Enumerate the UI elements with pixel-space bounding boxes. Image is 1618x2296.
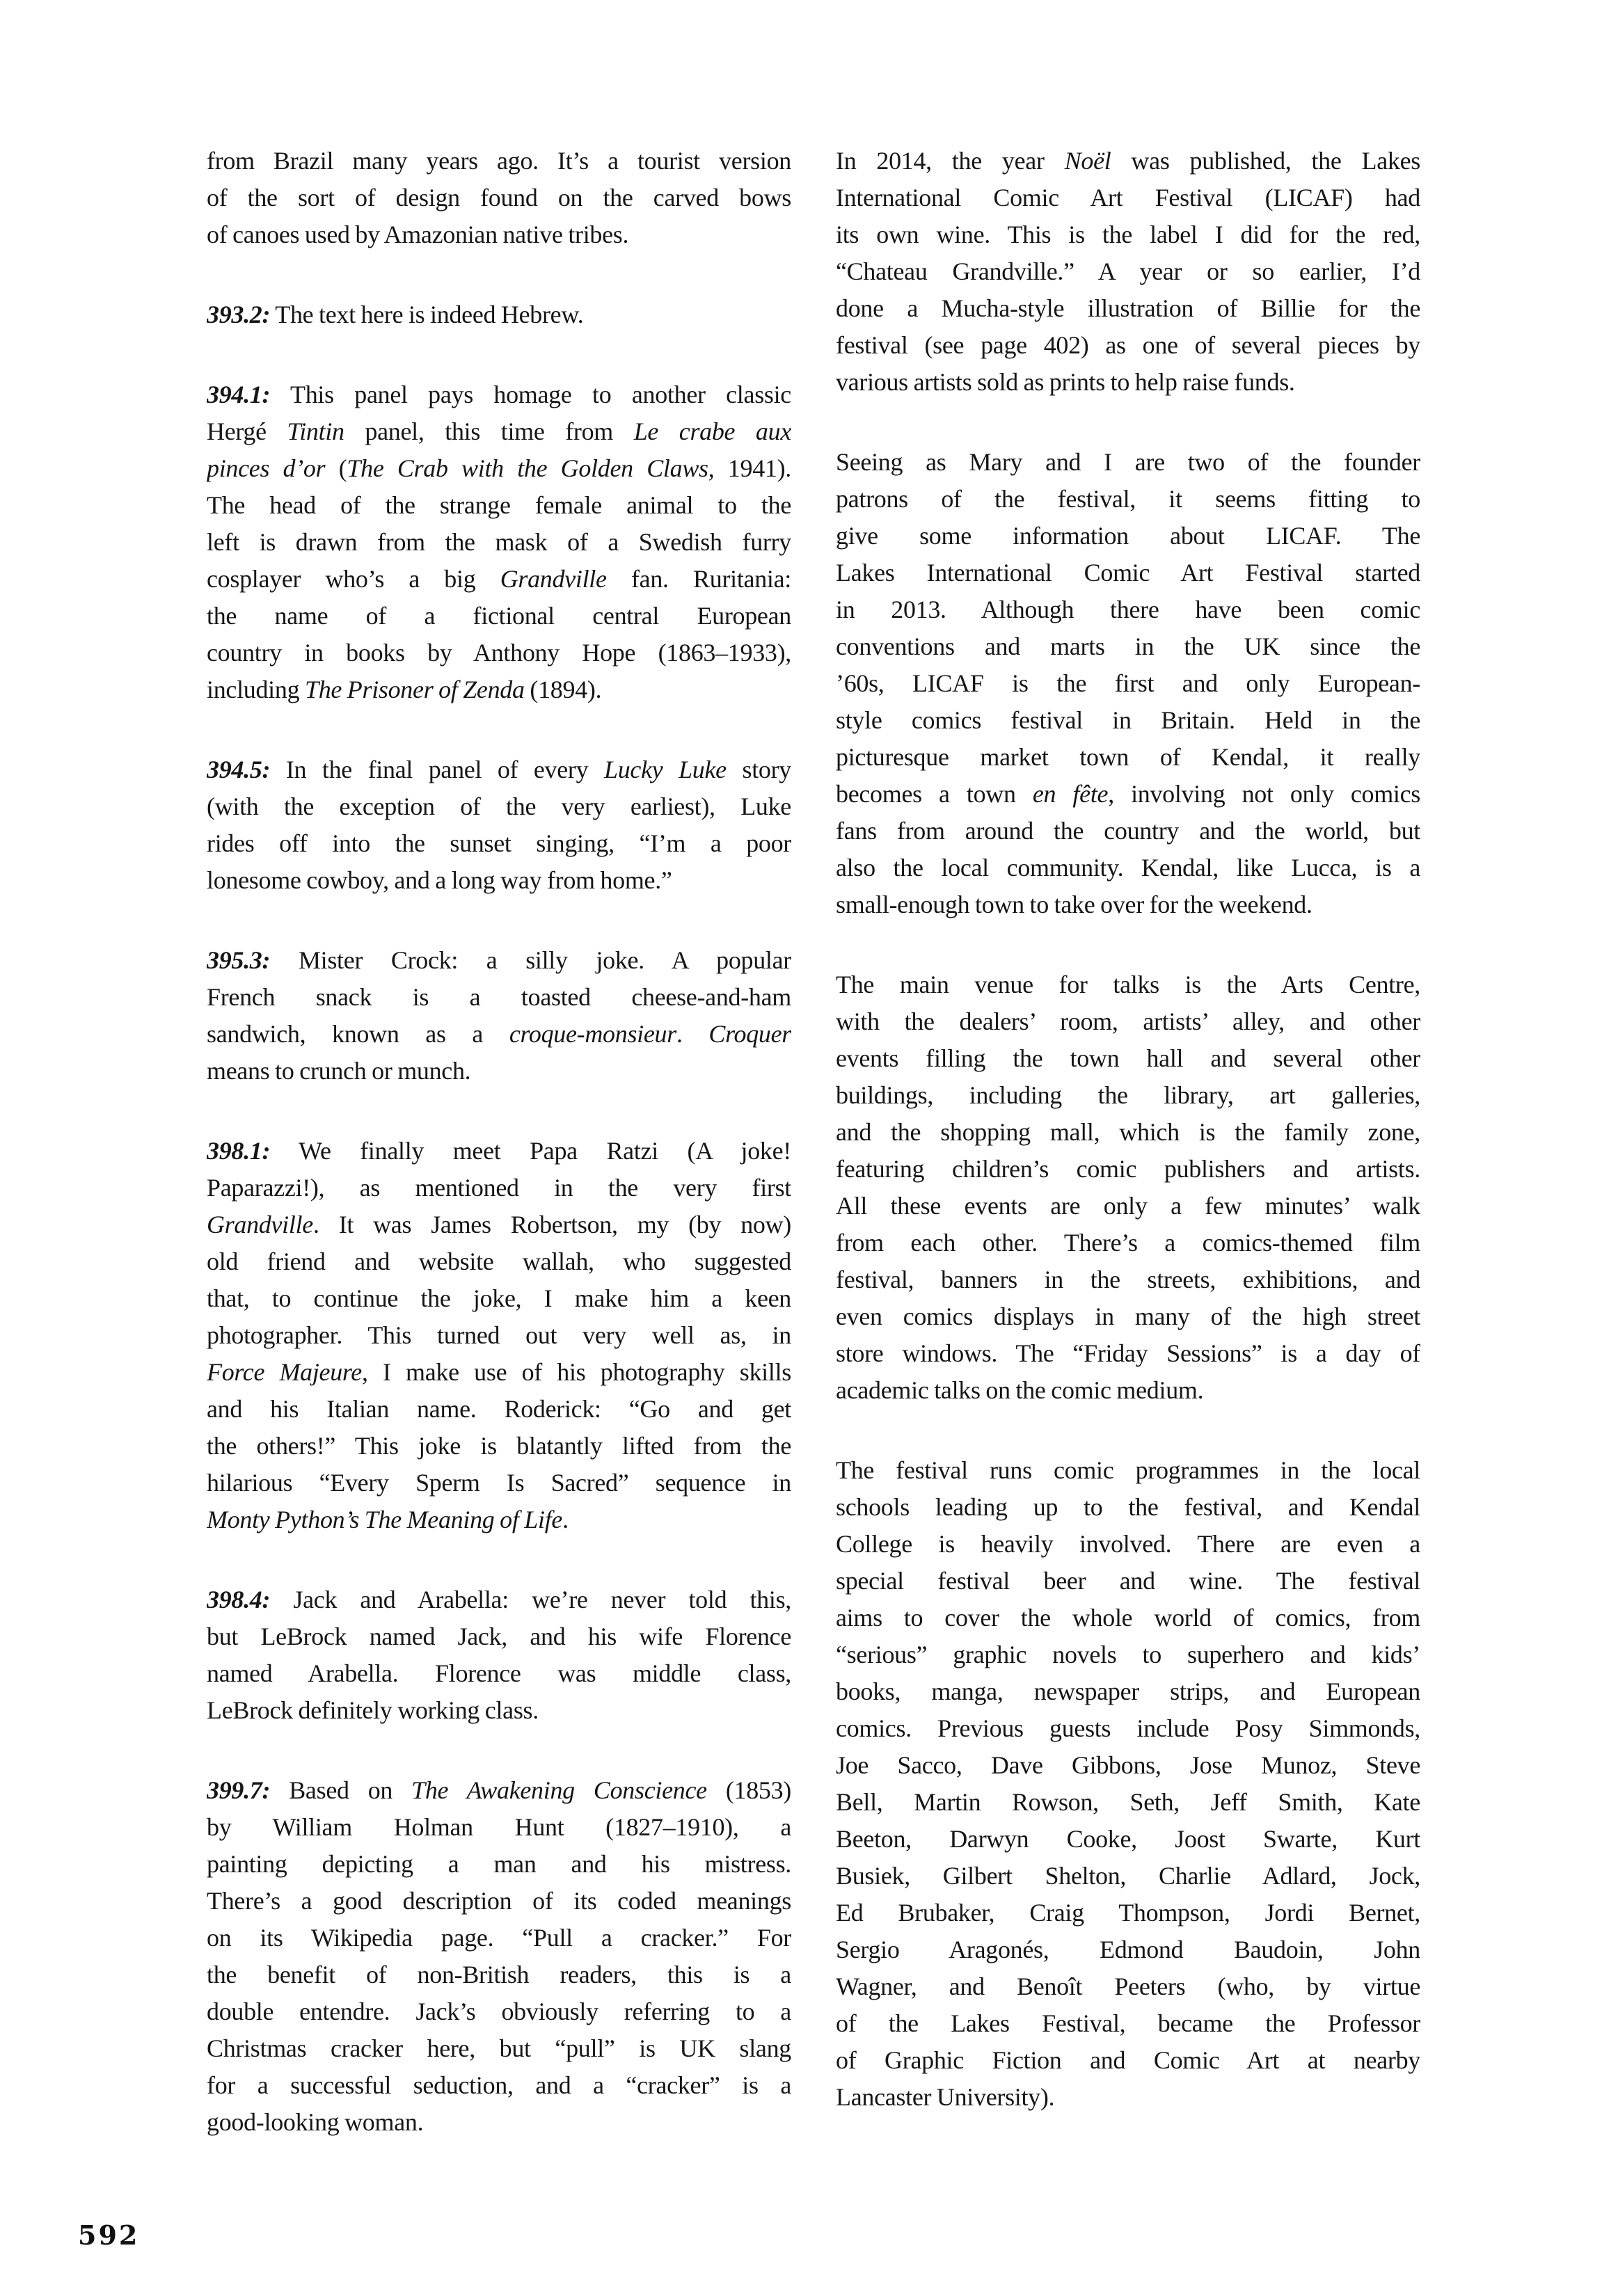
text-segment: Le crabe aux: [634, 417, 791, 445]
text-line: good-looking woman.: [207, 2104, 791, 2141]
text-line: (with the exception of the very earliest…: [207, 788, 791, 825]
text-segment: small-enough town to take over for the w…: [836, 891, 1312, 918]
text-segment: give some information about LICAF. The: [836, 522, 1420, 550]
text-line: featuring children’s comic publishers an…: [836, 1151, 1420, 1188]
text-segment: of Graphic Fiction and Comic Art at near…: [836, 2046, 1420, 2074]
text-line: lonesome cowboy, and a long way from hom…: [207, 862, 791, 899]
text-line: of the Lakes Festival, became the Profes…: [836, 2005, 1420, 2042]
text-line: 395.3: Mister Crock: a silly joke. A pop…: [207, 942, 791, 979]
text-segment: story: [727, 756, 791, 783]
text-segment: the others!” This joke is blatantly lift…: [207, 1432, 791, 1460]
text-segment: French snack is a toasted cheese-and-ham: [207, 983, 791, 1011]
text-segment: “serious” graphic novels to superhero an…: [836, 1641, 1420, 1668]
text-segment: Bell, Martin Rowson, Seth, Jeff Smith, K…: [836, 1788, 1420, 1816]
text-segment: In 2014, the year: [836, 147, 1065, 175]
text-segment: festival (see page 402) as one of severa…: [836, 331, 1420, 359]
text-segment: done a Mucha-style illustration of Billi…: [836, 294, 1420, 322]
text-line: festival (see page 402) as one of severa…: [836, 327, 1420, 364]
text-segment: The Crab with the Golden Claws: [347, 454, 708, 482]
text-segment: sandwich, known as a: [207, 1020, 509, 1048]
text-line: buildings, including the library, art ga…: [836, 1077, 1420, 1114]
text-segment: from Brazil many years ago. It’s a touri…: [207, 147, 791, 175]
text-segment: in 2013. Although there have been comic: [836, 596, 1420, 623]
paragraph: The festival runs comic programmes in th…: [836, 1452, 1420, 2116]
text-segment: on its Wikipedia page. “Pull a cracker.”…: [207, 1924, 791, 1952]
text-line: the name of a fictional central European: [207, 598, 791, 635]
text-segment: conventions and marts in the UK since th…: [836, 632, 1420, 660]
text-line: schools leading up to the festival, and …: [836, 1489, 1420, 1526]
text-line: special festival beer and wine. The fest…: [836, 1563, 1420, 1600]
paragraph: 398.4: Jack and Arabella: we’re never to…: [207, 1581, 791, 1729]
text-segment: (1853): [707, 1776, 791, 1804]
text-line: International Comic Art Festival (LICAF)…: [836, 180, 1420, 216]
text-line: The festival runs comic programmes in th…: [836, 1452, 1420, 1489]
text-segment: that, to continue the joke, I make him a…: [207, 1284, 791, 1312]
text-segment: also the local community. Kendal, like L…: [836, 854, 1420, 882]
text-line: Monty Python’s The Meaning of Life.: [207, 1501, 791, 1538]
entry-number: 399.7:: [207, 1776, 270, 1804]
text-line: done a Mucha-style illustration of Billi…: [836, 290, 1420, 327]
text-line: old friend and website wallah, who sugge…: [207, 1243, 791, 1280]
text-segment: All these events are only a few minutes’…: [836, 1192, 1420, 1220]
text-segment: by William Holman Hunt (1827–1910), a: [207, 1813, 791, 1841]
text-line: country in books by Anthony Hope (1863–1…: [207, 635, 791, 671]
text-segment: but LeBrock named Jack, and his wife Flo…: [207, 1623, 791, 1650]
text-line: photographer. This turned out very well …: [207, 1317, 791, 1354]
text-segment: .: [676, 1020, 708, 1048]
text-line: give some information about LICAF. The: [836, 518, 1420, 555]
text-line: also the local community. Kendal, like L…: [836, 850, 1420, 886]
text-line: becomes a town en fête, involving not on…: [836, 776, 1420, 813]
text-segment: double entendre. Jack’s obviously referr…: [207, 1998, 791, 2025]
paragraph: 395.3: Mister Crock: a silly joke. A pop…: [207, 942, 791, 1090]
text-segment: panel, this time from: [344, 417, 634, 445]
text-segment: was published, the Lakes: [1111, 147, 1420, 175]
text-line: Wagner, and Benoît Peeters (who, by virt…: [836, 1968, 1420, 2005]
text-line: 394.5: In the final panel of every Lucky…: [207, 751, 791, 788]
text-line: 398.4: Jack and Arabella: we’re never to…: [207, 1581, 791, 1618]
text-segment: comics. Previous guests include Posy Sim…: [836, 1714, 1420, 1742]
text-segment: en fête: [1033, 780, 1108, 808]
text-line: that, to continue the joke, I make him a…: [207, 1280, 791, 1317]
text-segment: rides off into the sunset singing, “I’m …: [207, 829, 791, 857]
text-line: but LeBrock named Jack, and his wife Flo…: [207, 1618, 791, 1655]
text-line: the others!” This joke is blatantly lift…: [207, 1428, 791, 1465]
text-line: 398.1: We finally meet Papa Ratzi (A jok…: [207, 1133, 791, 1170]
text-line: of Graphic Fiction and Comic Art at near…: [836, 2042, 1420, 2079]
text-segment: croque-monsieur: [509, 1020, 676, 1048]
text-segment: the name of a fictional central European: [207, 602, 791, 630]
text-segment: We finally meet Papa Ratzi (A joke!: [270, 1137, 791, 1165]
text-segment: Based on: [270, 1776, 411, 1804]
page-number: 592: [78, 2219, 139, 2251]
text-line: Joe Sacco, Dave Gibbons, Jose Munoz, Ste…: [836, 1747, 1420, 1784]
text-segment: style comics festival in Britain. Held i…: [836, 706, 1420, 734]
entry-number: 398.1:: [207, 1137, 270, 1165]
text-segment: left is drawn from the mask of a Swedish…: [207, 528, 791, 556]
text-line: hilarious “Every Sperm Is Sacred” sequen…: [207, 1465, 791, 1501]
text-segment: There’s a good description of its coded …: [207, 1887, 791, 1915]
text-segment: Lakes International Comic Art Festival s…: [836, 559, 1420, 587]
text-segment: International Comic Art Festival (LICAF)…: [836, 184, 1420, 212]
text-line: by William Holman Hunt (1827–1910), a: [207, 1809, 791, 1846]
entry-number: 398.4:: [207, 1586, 270, 1613]
text-line: with the dealers’ room, artists’ alley, …: [836, 1003, 1420, 1040]
text-segment: the benefit of non-British readers, this…: [207, 1961, 791, 1988]
text-line: The main venue for talks is the Arts Cen…: [836, 966, 1420, 1003]
text-segment: photographer. This turned out very well …: [207, 1321, 791, 1349]
paragraph: 394.1: This panel pays homage to another…: [207, 376, 791, 708]
text-segment: Jack and Arabella: we’re never told this…: [270, 1586, 791, 1613]
text-segment: Mister Crock: a silly joke. A popular: [270, 946, 791, 974]
text-line: Christmas cracker here, but “pull” is UK…: [207, 2030, 791, 2067]
text-line: Seeing as Mary and I are two of the foun…: [836, 444, 1420, 481]
text-segment: fans from around the country and the wor…: [836, 817, 1420, 845]
text-line: on its Wikipedia page. “Pull a cracker.”…: [207, 1920, 791, 1956]
text-segment: of the Lakes Festival, became the Profes…: [836, 2009, 1420, 2037]
text-line: festival, banners in the streets, exhibi…: [836, 1261, 1420, 1298]
text-segment: featuring children’s comic publishers an…: [836, 1155, 1420, 1183]
text-line: ’60s, LICAF is the first and only Europe…: [836, 665, 1420, 702]
text-segment: (1894).: [525, 676, 602, 703]
right-column: In 2014, the year Noël was published, th…: [836, 143, 1420, 2184]
text-line: for a successful seduction, and a “crack…: [207, 2067, 791, 2104]
text-segment: named Arabella. Florence was middle clas…: [207, 1659, 791, 1687]
text-segment: old friend and website wallah, who sugge…: [207, 1247, 791, 1275]
text-line: aims to cover the whole world of comics,…: [836, 1600, 1420, 1636]
text-segment: Beeton, Darwyn Cooke, Joost Swarte, Kurt: [836, 1825, 1420, 1853]
text-segment: Force Majeure: [207, 1358, 362, 1386]
text-segment: (with the exception of the very earliest…: [207, 792, 791, 820]
text-segment: Paparazzi!), as mentioned in the very fi…: [207, 1174, 791, 1202]
text-segment: Monty Python’s The Meaning of Life: [207, 1506, 562, 1533]
text-line: Busiek, Gilbert Shelton, Charlie Adlard,…: [836, 1858, 1420, 1895]
text-segment: store windows. The “Friday Sessions” is …: [836, 1339, 1420, 1367]
text-segment: fan. Ruritania:: [607, 565, 791, 593]
text-segment: .: [562, 1506, 569, 1533]
text-line: 393.2: The text here is indeed Hebrew.: [207, 296, 791, 333]
text-segment: Sergio Aragonés, Edmond Baudoin, John: [836, 1936, 1420, 1963]
text-segment: from each other. There’s a comics-themed…: [836, 1229, 1420, 1257]
text-line: Sergio Aragonés, Edmond Baudoin, John: [836, 1931, 1420, 1968]
text-segment: Ed Brubaker, Craig Thompson, Jordi Berne…: [836, 1899, 1420, 1927]
text-line: and his Italian name. Roderick: “Go and …: [207, 1391, 791, 1428]
text-line: picturesque market town of Kendal, it re…: [836, 739, 1420, 776]
text-segment: ’60s, LICAF is the first and only Europe…: [836, 669, 1420, 697]
left-column: from Brazil many years ago. It’s a touri…: [207, 143, 791, 2184]
text-segment: , involving not only comics: [1108, 780, 1420, 808]
text-segment: Grandville: [207, 1211, 313, 1238]
text-segment: picturesque market town of Kendal, it re…: [836, 743, 1420, 771]
text-segment: . It was James Robertson, my (by now): [313, 1211, 791, 1238]
text-segment: , 1941).: [708, 454, 791, 482]
text-line: comics. Previous guests include Posy Sim…: [836, 1710, 1420, 1747]
text-line: French snack is a toasted cheese-and-ham: [207, 979, 791, 1016]
text-segment: aims to cover the whole world of comics,…: [836, 1604, 1420, 1632]
text-line: Beeton, Darwyn Cooke, Joost Swarte, Kurt: [836, 1821, 1420, 1858]
text-segment: Wagner, and Benoît Peeters (who, by virt…: [836, 1972, 1420, 2000]
text-segment: with the dealers’ room, artists’ alley, …: [836, 1007, 1420, 1035]
text-segment: , I make use of his photography skills: [362, 1358, 791, 1386]
text-segment: including: [207, 676, 305, 703]
text-segment: patrons of the festival, it seems fittin…: [836, 485, 1420, 513]
text-line: LeBrock definitely working class.: [207, 1692, 791, 1729]
text-segment: even comics displays in many of the high…: [836, 1302, 1420, 1330]
text-line: Grandville. It was James Robertson, my (…: [207, 1206, 791, 1243]
text-line: even comics displays in many of the high…: [836, 1298, 1420, 1335]
text-line: patrons of the festival, it seems fittin…: [836, 481, 1420, 518]
text-line: including The Prisoner of Zenda (1894).: [207, 671, 791, 708]
text-line: cosplayer who’s a big Grandville fan. Ru…: [207, 561, 791, 598]
text-segment: Joe Sacco, Dave Gibbons, Jose Munoz, Ste…: [836, 1751, 1420, 1779]
text-line: painting depicting a man and his mistres…: [207, 1846, 791, 1883]
text-segment: The main venue for talks is the Arts Cen…: [836, 971, 1420, 998]
text-line: style comics festival in Britain. Held i…: [836, 702, 1420, 739]
text-line: 394.1: This panel pays homage to another…: [207, 376, 791, 413]
text-line: from Brazil many years ago. It’s a touri…: [207, 143, 791, 180]
text-segment: This panel pays homage to another classi…: [270, 381, 791, 408]
text-segment: Lancaster University).: [836, 2083, 1054, 2111]
text-segment: books, manga, newspaper strips, and Euro…: [836, 1677, 1420, 1705]
text-line: There’s a good description of its coded …: [207, 1883, 791, 1920]
text-segment: special festival beer and wine. The fest…: [836, 1567, 1420, 1595]
text-segment: lonesome cowboy, and a long way from hom…: [207, 866, 672, 894]
text-segment: LeBrock definitely working class.: [207, 1696, 539, 1724]
paragraph: Seeing as Mary and I are two of the foun…: [836, 444, 1420, 923]
entry-number: 394.1:: [207, 381, 270, 408]
entry-number: 395.3:: [207, 946, 270, 974]
text-segment: Noël: [1065, 147, 1111, 175]
text-segment: Hergé: [207, 417, 287, 445]
text-segment: Seeing as Mary and I are two of the foun…: [836, 448, 1420, 476]
text-line: Lancaster University).: [836, 2079, 1420, 2116]
text-segment: The Awakening Conscience: [411, 1776, 707, 1804]
paragraph: The main venue for talks is the Arts Cen…: [836, 966, 1420, 1409]
text-segment: The Prisoner of Zenda: [305, 676, 525, 703]
text-line: left is drawn from the mask of a Swedish…: [207, 524, 791, 561]
text-segment: buildings, including the library, art ga…: [836, 1081, 1420, 1109]
text-line: store windows. The “Friday Sessions” is …: [836, 1335, 1420, 1372]
text-line: in 2013. Although there have been comic: [836, 591, 1420, 628]
text-segment: events filling the town hall and several…: [836, 1044, 1420, 1072]
text-line: named Arabella. Florence was middle clas…: [207, 1655, 791, 1692]
text-segment: country in books by Anthony Hope (1863–1…: [207, 639, 791, 667]
text-segment: schools leading up to the festival, and …: [836, 1493, 1420, 1521]
text-line: “serious” graphic novels to superhero an…: [836, 1636, 1420, 1673]
text-line: 399.7: Based on The Awakening Conscience…: [207, 1772, 791, 1809]
text-line: conventions and marts in the UK since th…: [836, 628, 1420, 665]
text-line: Paparazzi!), as mentioned in the very fi…: [207, 1170, 791, 1206]
text-segment: of canoes used by Amazonian native tribe…: [207, 221, 628, 248]
text-segment: “Chateau Grandville.” A year or so earli…: [836, 257, 1420, 285]
paragraph: from Brazil many years ago. It’s a touri…: [207, 143, 791, 253]
text-line: events filling the town hall and several…: [836, 1040, 1420, 1077]
text-segment: becomes a town: [836, 780, 1033, 808]
text-segment: for a successful seduction, and a “crack…: [207, 2071, 791, 2099]
text-line: sandwich, known as a croque-monsieur. Cr…: [207, 1016, 791, 1053]
text-line: All these events are only a few minutes’…: [836, 1188, 1420, 1225]
text-line: Lakes International Comic Art Festival s…: [836, 555, 1420, 591]
text-line: various artists sold as prints to help r…: [836, 364, 1420, 401]
text-segment: Croquer: [708, 1020, 791, 1048]
paragraph: 398.1: We finally meet Papa Ratzi (A jok…: [207, 1133, 791, 1538]
text-line: Bell, Martin Rowson, Seth, Jeff Smith, K…: [836, 1784, 1420, 1821]
paragraph: 399.7: Based on The Awakening Conscience…: [207, 1772, 791, 2141]
text-line: Force Majeure, I make use of his photogr…: [207, 1354, 791, 1391]
text-line: its own wine. This is the label I did fo…: [836, 216, 1420, 253]
text-segment: Tintin: [287, 417, 344, 445]
text-line: pinces d’or (The Crab with the Golden Cl…: [207, 450, 791, 487]
annotations-text: from Brazil many years ago. It’s a touri…: [207, 143, 1420, 2184]
text-segment: College is heavily involved. There are e…: [836, 1530, 1420, 1558]
text-line: fans from around the country and the wor…: [836, 813, 1420, 850]
text-line: double entendre. Jack’s obviously referr…: [207, 1993, 791, 2030]
text-line: means to crunch or munch.: [207, 1053, 791, 1090]
text-segment: Christmas cracker here, but “pull” is UK…: [207, 2034, 791, 2062]
paragraph: 393.2: The text here is indeed Hebrew.: [207, 296, 791, 333]
text-segment: In the final panel of every: [270, 756, 604, 783]
text-segment: pinces d’or: [207, 454, 325, 482]
text-segment: The text here is indeed Hebrew.: [270, 301, 583, 328]
text-segment: Grandville: [500, 565, 607, 593]
text-line: small-enough town to take over for the w…: [836, 886, 1420, 923]
text-segment: academic talks on the comic medium.: [836, 1376, 1203, 1404]
text-segment: festival, banners in the streets, exhibi…: [836, 1266, 1420, 1293]
text-segment: hilarious “Every Sperm Is Sacred” sequen…: [207, 1469, 791, 1497]
text-line: academic talks on the comic medium.: [836, 1372, 1420, 1409]
entry-number: 393.2:: [207, 301, 270, 328]
text-line: Ed Brubaker, Craig Thompson, Jordi Berne…: [836, 1895, 1420, 1931]
text-segment: its own wine. This is the label I did fo…: [836, 221, 1420, 248]
text-line: rides off into the sunset singing, “I’m …: [207, 825, 791, 862]
text-line: from each other. There’s a comics-themed…: [836, 1225, 1420, 1261]
text-segment: The festival runs comic programmes in th…: [836, 1456, 1420, 1484]
text-segment: and the shopping mall, which is the fami…: [836, 1118, 1420, 1146]
text-line: “Chateau Grandville.” A year or so earli…: [836, 253, 1420, 290]
text-segment: good-looking woman.: [207, 2108, 423, 2136]
text-segment: of the sort of design found on the carve…: [207, 184, 791, 212]
text-line: the benefit of non-British readers, this…: [207, 1956, 791, 1993]
text-line: Hergé Tintin panel, this time from Le cr…: [207, 413, 791, 450]
text-line: and the shopping mall, which is the fami…: [836, 1114, 1420, 1151]
text-segment: cosplayer who’s a big: [207, 565, 500, 593]
text-segment: Busiek, Gilbert Shelton, Charlie Adlard,…: [836, 1862, 1420, 1890]
paragraph: 394.5: In the final panel of every Lucky…: [207, 751, 791, 899]
text-segment: various artists sold as prints to help r…: [836, 368, 1295, 396]
text-line: In 2014, the year Noël was published, th…: [836, 143, 1420, 180]
text-line: books, manga, newspaper strips, and Euro…: [836, 1673, 1420, 1710]
text-segment: (: [325, 454, 347, 482]
text-segment: and his Italian name. Roderick: “Go and …: [207, 1395, 791, 1423]
text-segment: The head of the strange female animal to…: [207, 491, 791, 519]
text-line: The head of the strange female animal to…: [207, 487, 791, 524]
text-segment: Lucky Luke: [604, 756, 727, 783]
text-segment: painting depicting a man and his mistres…: [207, 1850, 791, 1878]
text-segment: means to crunch or munch.: [207, 1057, 470, 1085]
paragraph: In 2014, the year Noël was published, th…: [836, 143, 1420, 401]
text-line: College is heavily involved. There are e…: [836, 1526, 1420, 1563]
text-line: of the sort of design found on the carve…: [207, 180, 791, 216]
text-line: of canoes used by Amazonian native tribe…: [207, 216, 791, 253]
entry-number: 394.5:: [207, 756, 270, 783]
